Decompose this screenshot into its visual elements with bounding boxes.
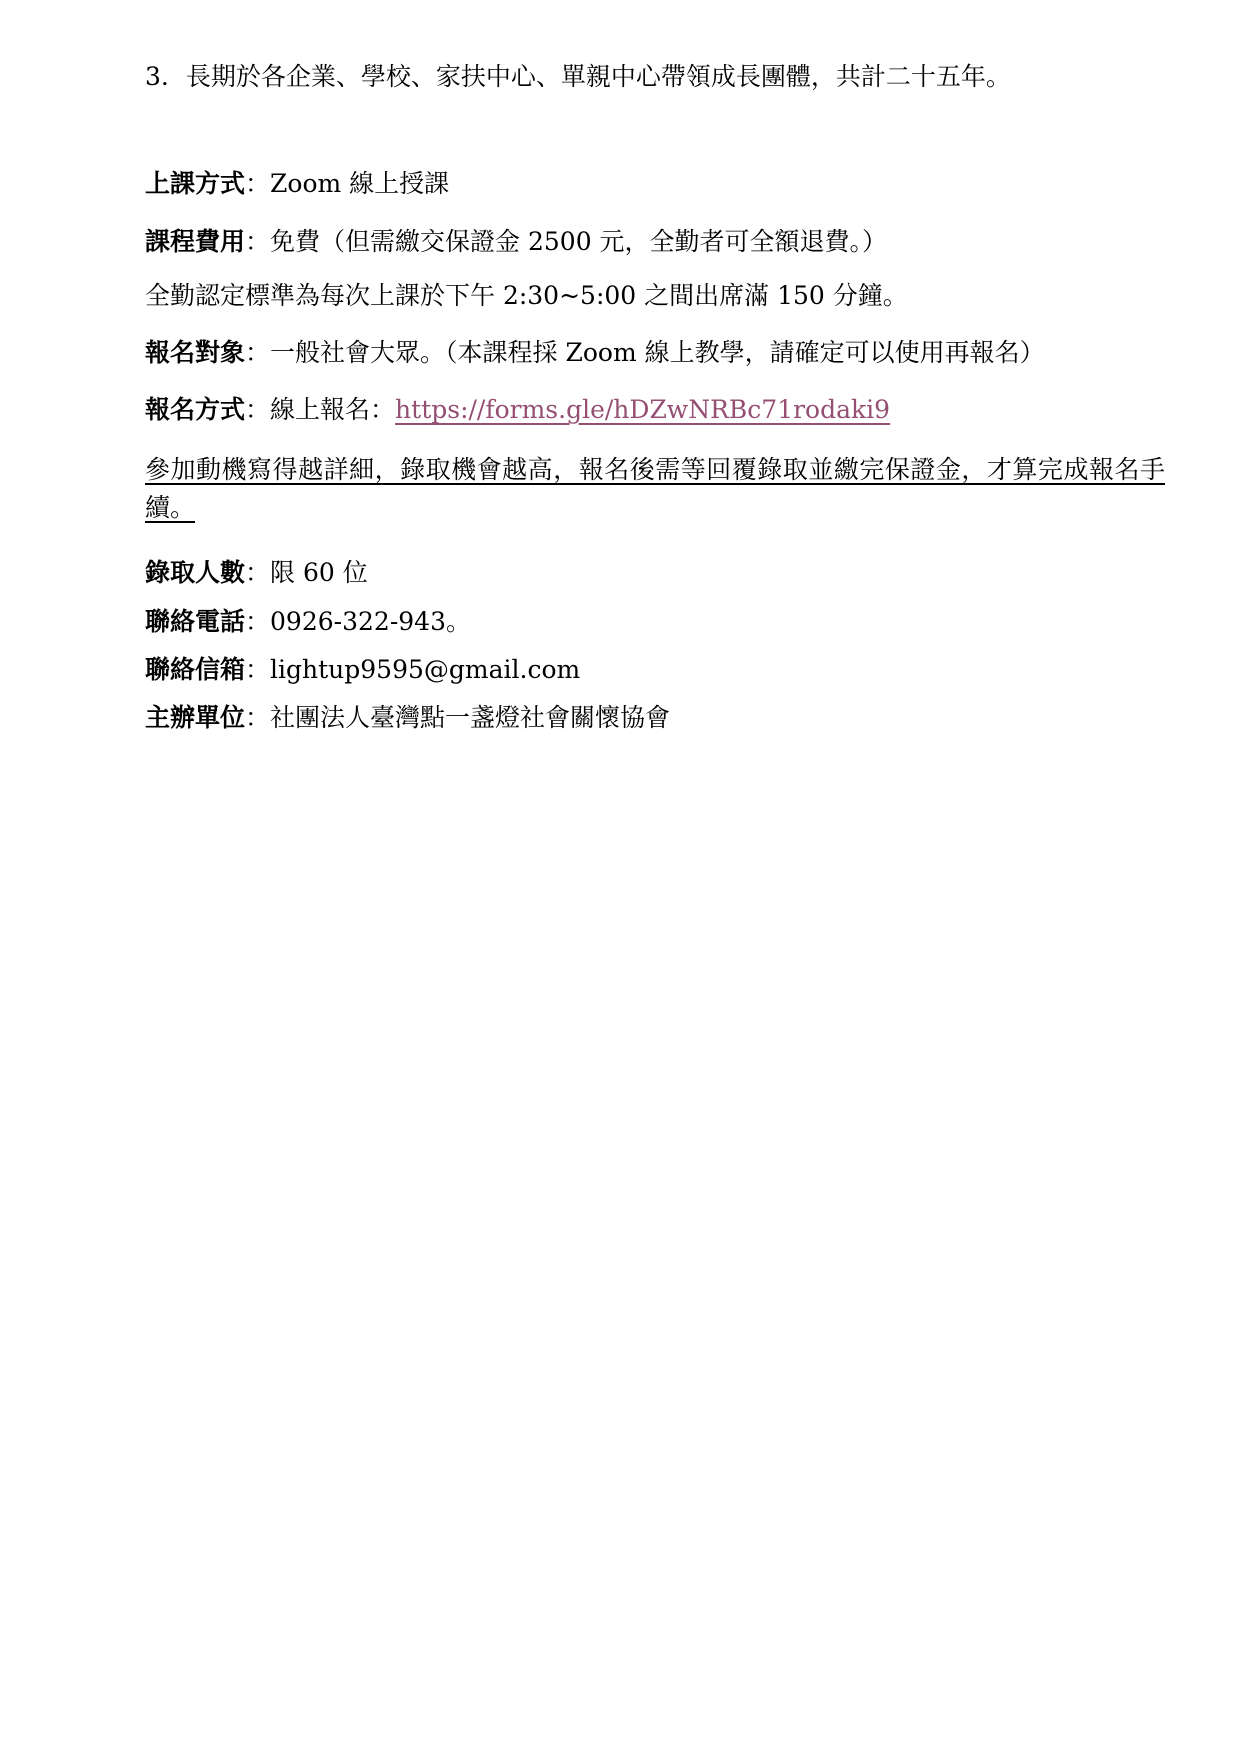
field-value: 0926-322-943。: [270, 607, 471, 636]
field-class-method: 上課方式：Zoom 線上授課: [145, 165, 1165, 203]
field-contact-phone: 聯絡電話：0926-322-943。: [145, 603, 1165, 641]
document-page: 3.長期於各企業、學校、家扶中心、單親中心帶領成長團體，共計二十五年。 上課方式…: [0, 0, 1241, 1755]
field-contact-email: 聯絡信箱：lightup9595@gmail.com: [145, 651, 1165, 689]
field-label: 上課方式: [145, 169, 245, 198]
document-content: 3.長期於各企業、學校、家扶中心、單親中心帶領成長團體，共計二十五年。 上課方式…: [145, 58, 1165, 737]
numbered-item-marker: 3.: [145, 62, 169, 91]
motivation-note-text: 參加動機寫得越詳細，錄取機會越高，報名後需等回覆錄取並繳完保證金，才算完成報名手…: [145, 455, 1165, 522]
field-quota: 錄取人數：限 60 位: [145, 554, 1165, 592]
field-colon: ：: [245, 703, 270, 732]
field-label: 主辦單位: [145, 703, 245, 732]
field-label: 報名方式: [145, 395, 245, 424]
field-value: 免費（但需繳交保證金 2500 元，全勤者可全額退費。）: [270, 227, 887, 256]
field-colon: ：: [245, 558, 270, 587]
field-value: 限 60 位: [270, 558, 368, 587]
numbered-item-3: 3.長期於各企業、學校、家扶中心、單親中心帶領成長團體，共計二十五年。: [145, 58, 1165, 96]
field-value: 一般社會大眾。（本課程採 Zoom 線上教學，請確定可以使用再報名）: [270, 338, 1045, 367]
numbered-item-text: 長期於各企業、學校、家扶中心、單親中心帶領成長團體，共計二十五年。: [186, 62, 1011, 91]
field-label: 錄取人數: [145, 558, 245, 587]
field-colon: ：: [245, 655, 270, 684]
field-organizer: 主辦單位：社團法人臺灣點一盞燈社會關懷協會: [145, 699, 1165, 737]
field-value-prefix: 線上報名：: [270, 395, 395, 424]
field-value: 社團法人臺灣點一盞燈社會關懷協會: [270, 703, 670, 732]
field-colon: ：: [245, 395, 270, 424]
field-value: lightup9595@gmail.com: [270, 655, 580, 684]
field-colon: ：: [245, 227, 270, 256]
field-colon: ：: [245, 338, 270, 367]
field-colon: ：: [245, 169, 270, 198]
field-colon: ：: [245, 607, 270, 636]
field-target-audience: 報名對象：一般社會大眾。（本課程採 Zoom 線上教學，請確定可以使用再報名）: [145, 334, 1165, 372]
field-label: 課程費用: [145, 227, 245, 256]
field-registration-method: 報名方式：線上報名：https://forms.gle/hDZwNRBc71ro…: [145, 391, 1165, 429]
motivation-note: 參加動機寫得越詳細，錄取機會越高，報名後需等回覆錄取並繳完保證金，才算完成報名手…: [145, 451, 1165, 527]
field-label: 報名對象: [145, 338, 245, 367]
field-course-fee: 課程費用：免費（但需繳交保證金 2500 元，全勤者可全額退費。）: [145, 223, 1165, 261]
field-label: 聯絡電話: [145, 607, 245, 636]
field-label: 聯絡信箱: [145, 655, 245, 684]
attendance-rule-text: 全勤認定標準為每次上課於下午 2:30~5:00 之間出席滿 150 分鐘。: [145, 277, 1165, 315]
registration-form-link[interactable]: https://forms.gle/hDZwNRBc71rodaki9: [395, 395, 890, 424]
field-value: Zoom 線上授課: [270, 169, 449, 198]
